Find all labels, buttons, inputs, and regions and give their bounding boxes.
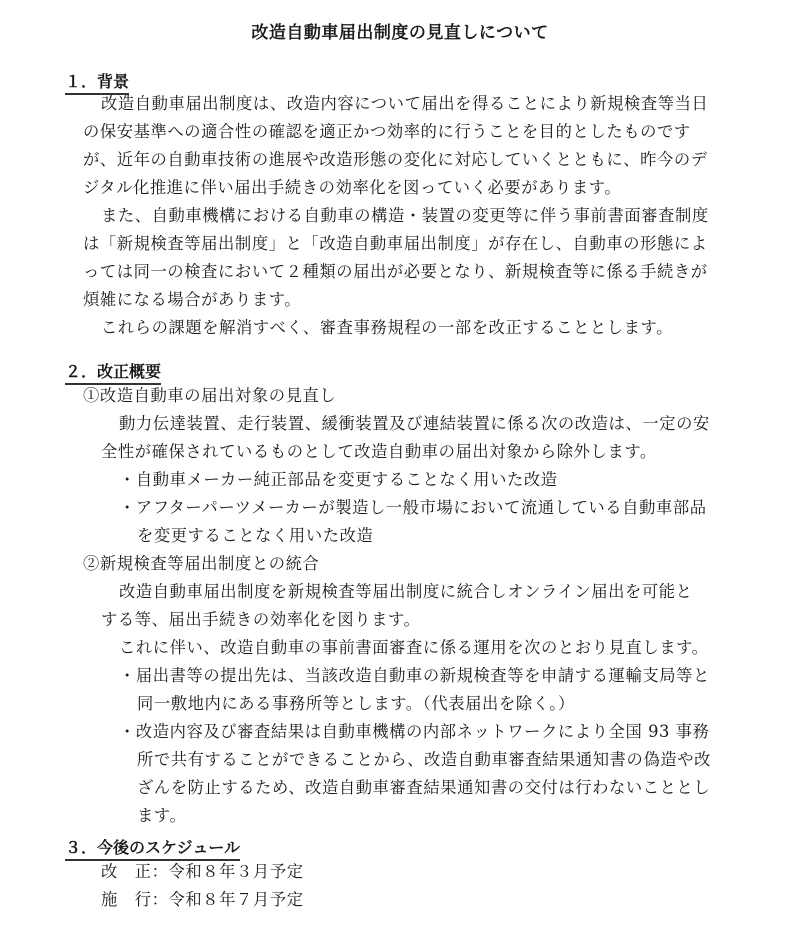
bullet-continuation: 所で共有することができることから、改造自動車審査結果通知書の偽造や改	[137, 749, 711, 771]
paragraph-line: 改造自動車届出制度を新規検査等届出制度に統合しオンライン届出を可能と	[119, 581, 692, 603]
schedule-revision: 改 正：令和８年３月予定	[101, 861, 304, 883]
section-heading-overview: ２．改正概要	[65, 362, 161, 385]
bullet-item: ・届出書等の提出先は、当該改造自動車の新規検査等を申請する運輸支局等と	[119, 665, 710, 687]
paragraph-line: これらの課題を解消すべく、審査事務規程の一部を改正することとします。	[101, 317, 673, 339]
paragraph-line: っては同一の検査において２種類の届出が必要となり、新規検査等に係る手続きが	[83, 261, 708, 283]
subsection-title: ②新規検査等届出制度との統合	[83, 553, 319, 575]
paragraph-line: の保安基準への適合性の確認を適正かつ効率的に行うことを目的としたものです	[83, 121, 691, 143]
paragraph-line: する等、届出手続きの効率化を図ります。	[101, 609, 420, 631]
section-heading-schedule: ３．今後のスケジュール	[65, 838, 240, 861]
bullet-continuation: 同一敷地内にある事務所等とします。（代表届出を除く。）	[137, 693, 575, 715]
bullet-item: ・改造内容及び審査結果は自動車機構の内部ネットワークにより全国 93 事務	[119, 721, 710, 743]
paragraph-line: は「新規検査等届出制度」と「改造自動車届出制度」が存在し、自動車の形態によ	[83, 233, 708, 255]
schedule-enforcement: 施 行：令和８年７月予定	[101, 889, 304, 911]
bullet-continuation: ざんを防止するため、改造自動車審査結果通知書の交付は行わないこととし	[137, 777, 710, 799]
paragraph-line: 煩雑になる場合があります。	[83, 289, 301, 311]
document-title: 改造自動車届出制度の見直しについて	[0, 18, 800, 43]
paragraph-line: 全性が確保されているものとして改造自動車の届出対象から除外します。	[101, 441, 657, 463]
section-heading-background: １．背景	[65, 72, 129, 95]
bullet-item: ・アフターパーツメーカーが製造し一般市場において流通している自動車部品	[119, 497, 707, 519]
paragraph-line: が、近年の自動車技術の進展や改造形態の変化に対応していくとともに、昨今のデ	[83, 149, 708, 171]
paragraph-line: ジタル化推進に伴い届出手続きの効率化を図っていく必要があります。	[83, 177, 621, 199]
bullet-continuation: を変更することなく用いた改造	[137, 525, 373, 547]
paragraph-line: これに伴い、改造自動車の事前書面審査に係る運用を次のとおり見直します。	[119, 637, 709, 659]
paragraph-line: 改造自動車届出制度は、改造内容について届出を得ることにより新規検査等当日	[101, 93, 708, 115]
bullet-item: ・自動車メーカー純正部品を変更することなく用いた改造	[119, 469, 558, 491]
subsection-title: ①改造自動車の届出対象の見直し	[83, 385, 336, 407]
bullet-continuation: ます。	[137, 805, 186, 827]
paragraph-line: また、自動車機構における自動車の構造・装置の変更等に伴う事前書面審査制度	[101, 205, 709, 227]
paragraph-line: 動力伝達装置、走行装置、緩衝装置及び連結装置に係る次の改造は、一定の安	[119, 413, 710, 435]
